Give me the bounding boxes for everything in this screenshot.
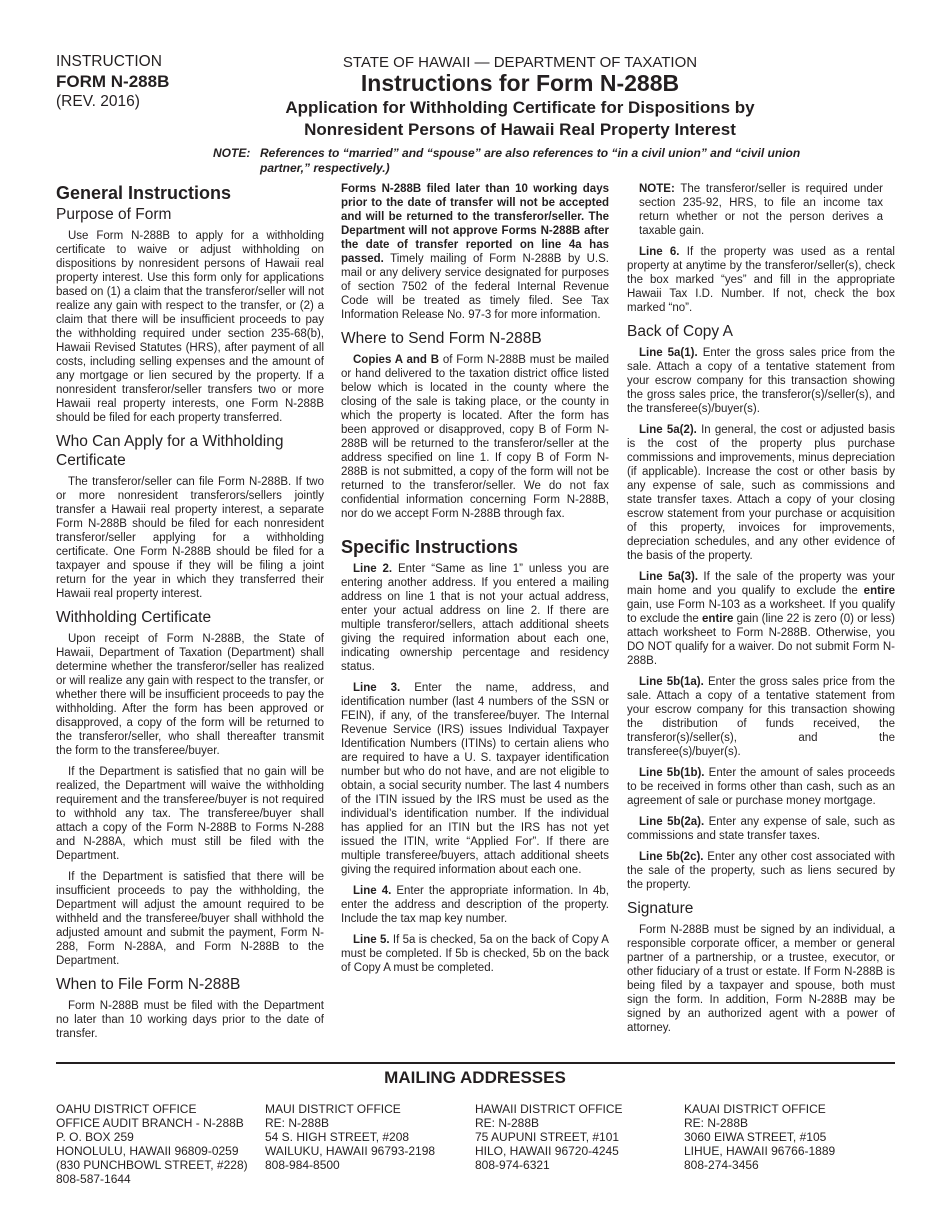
- subtitle-line-1: Application for Withholding Certificate …: [210, 97, 830, 119]
- line-label: Line 5b(2a).: [639, 816, 704, 828]
- line-label: Line 5a(2).: [639, 424, 697, 436]
- line-2-instruction: Line 2. Enter “Same as line 1” unless yo…: [341, 562, 609, 674]
- office-name: MAUI DISTRICT OFFICE: [265, 1102, 435, 1116]
- line-5b2a-instruction: Line 5b(2a). Enter any expense of sale, …: [627, 815, 895, 843]
- line-5-instruction: Line 5. If 5a is checked, 5a on the back…: [341, 933, 609, 975]
- when-to-file-text-start: Form N-288B must be filed with the Depar…: [56, 999, 324, 1041]
- withholding-certificate-heading: Withholding Certificate: [56, 608, 324, 627]
- maui-office-address: MAUI DISTRICT OFFICE RE: N-288B 54 S. HI…: [265, 1102, 435, 1172]
- note-text: References to “married” and “spouse” are…: [260, 146, 833, 176]
- line-label: Line 4.: [353, 885, 391, 897]
- note-label: NOTE:: [213, 146, 260, 176]
- where-to-send-heading: Where to Send Form N-288B: [341, 329, 609, 348]
- column-3: NOTE: The transferor/seller is required …: [627, 182, 895, 1042]
- line-6-instruction: Line 6. If the property was used as a re…: [627, 245, 895, 315]
- line-5b1b-instruction: Line 5b(1b). Enter the amount of sales p…: [627, 766, 895, 808]
- who-can-apply-text: The transferor/seller can file Form N-28…: [56, 475, 324, 601]
- purpose-text: Use Form N-288B to apply for a withholdi…: [56, 229, 324, 425]
- line-5a2-instruction: Line 5a(2). In general, the cost or adju…: [627, 423, 895, 563]
- phone-number: 808-587-1644: [56, 1172, 248, 1186]
- section-divider: [56, 1062, 895, 1064]
- line-5a3-instruction: Line 5a(3). If the sale of the property …: [627, 570, 895, 668]
- address-line: RE: N-288B: [475, 1116, 623, 1130]
- kauai-office-address: KAUAI DISTRICT OFFICE RE: N-288B 3060 EI…: [684, 1102, 835, 1172]
- line-label: Line 5b(2c).: [639, 851, 704, 863]
- line-label: Line 5a(1).: [639, 347, 698, 359]
- line-4-instruction: Line 4. Enter the appropriate informatio…: [341, 884, 609, 926]
- line-5b2c-instruction: Line 5b(2c). Enter any other cost associ…: [627, 850, 895, 892]
- column-2: Forms N-288B filed later than 10 working…: [341, 182, 609, 982]
- purpose-heading: Purpose of Form: [56, 205, 324, 224]
- phone-number: 808-274-3456: [684, 1158, 835, 1172]
- office-name: OAHU DISTRICT OFFICE: [56, 1102, 248, 1116]
- address-line: HONOLULU, HAWAII 96809-0259: [56, 1144, 248, 1158]
- subtitle-line-2: Nonresident Persons of Hawaii Real Prope…: [210, 119, 830, 141]
- form-number: FORM N-288B: [56, 72, 169, 92]
- page-header: STATE OF HAWAII — DEPARTMENT OF TAXATION…: [210, 54, 830, 141]
- address-line: HILO, HAWAII 96720-4245: [475, 1144, 623, 1158]
- form-identifier: INSTRUCTION FORM N-288B (REV. 2016): [56, 52, 169, 112]
- address-line: P. O. BOX 259: [56, 1130, 248, 1144]
- income-tax-note: NOTE: The transferor/seller is required …: [627, 182, 895, 238]
- withholding-certificate-p3: If the Department is satisfied that ther…: [56, 870, 324, 968]
- phone-number: 808-974-6321: [475, 1158, 623, 1172]
- hawaii-office-address: HAWAII DISTRICT OFFICE RE: N-288B 75 AUP…: [475, 1102, 623, 1172]
- specific-instructions-heading: Specific Instructions: [341, 536, 609, 558]
- address-line: 75 AUPUNI STREET, #101: [475, 1130, 623, 1144]
- civil-union-note: NOTE: References to “married” and “spous…: [213, 146, 833, 176]
- emphasis: entire: [864, 585, 895, 597]
- note-text: The transferor/seller is required under …: [639, 183, 883, 237]
- address-line: WAILUKU, HAWAII 96793-2198: [265, 1144, 435, 1158]
- when-to-file-continued: Forms N-288B filed later than 10 working…: [341, 182, 609, 322]
- copies-label: Copies A and B: [353, 354, 439, 366]
- general-instructions-heading: General Instructions: [56, 182, 324, 204]
- address-line: LIHUE, HAWAII 96766-1889: [684, 1144, 835, 1158]
- line-label: Line 5b(1b).: [639, 767, 705, 779]
- phone-number: 808-984-8500: [265, 1158, 435, 1172]
- oahu-office-address: OAHU DISTRICT OFFICE OFFICE AUDIT BRANCH…: [56, 1102, 248, 1186]
- withholding-certificate-p2: If the Department is satisfied that no g…: [56, 765, 324, 863]
- address-line: RE: N-288B: [684, 1116, 835, 1130]
- address-line: 54 S. HIGH STREET, #208: [265, 1130, 435, 1144]
- page-subtitle: Application for Withholding Certificate …: [210, 97, 830, 141]
- signature-heading: Signature: [627, 899, 895, 918]
- address-line: OFFICE AUDIT BRANCH - N-288B: [56, 1116, 248, 1130]
- page-title: Instructions for Form N-288B: [210, 72, 830, 95]
- signature-text: Form N-288B must be signed by an individ…: [627, 923, 895, 1035]
- emphasis: entire: [702, 613, 733, 625]
- line-text: Enter the gross sales price from the sal…: [627, 676, 895, 758]
- line-text: Enter the name, address, and identificat…: [341, 682, 609, 876]
- line-label: Line 5a(3).: [639, 571, 698, 583]
- address-line: 3060 EIWA STREET, #105: [684, 1130, 835, 1144]
- line-label: Line 3.: [353, 682, 400, 694]
- mailing-addresses-heading: MAILING ADDRESSES: [0, 1068, 950, 1088]
- line-text: In general, the cost or adjusted basis i…: [627, 424, 895, 562]
- line-label: Line 6.: [639, 246, 680, 258]
- line-5b1a-instruction: Line 5b(1a). Enter the gross sales price…: [627, 675, 895, 759]
- office-name: KAUAI DISTRICT OFFICE: [684, 1102, 835, 1116]
- line-5a1-instruction: Line 5a(1). Enter the gross sales price …: [627, 346, 895, 416]
- line-label: Line 5b(1a).: [639, 676, 704, 688]
- note-label: NOTE:: [639, 183, 675, 195]
- address-line: RE: N-288B: [265, 1116, 435, 1130]
- revision-label: (REV. 2016): [56, 92, 169, 112]
- address-line: (830 PUNCHBOWL STREET, #228): [56, 1158, 248, 1172]
- instruction-label: INSTRUCTION: [56, 52, 169, 72]
- when-to-file-heading: When to File Form N-288B: [56, 975, 324, 994]
- withholding-certificate-p1: Upon receipt of Form N-288B, the State o…: [56, 632, 324, 758]
- line-label: Line 2.: [353, 563, 392, 575]
- where-to-send-body: of Form N-288B must be mailed or hand de…: [341, 354, 609, 520]
- column-1: General Instructions Purpose of Form Use…: [56, 182, 324, 1048]
- who-can-apply-heading: Who Can Apply for a Withholding Certific…: [56, 432, 324, 470]
- line-label: Line 5.: [353, 934, 390, 946]
- line-3-instruction: Line 3. Enter the name, address, and ide…: [341, 681, 609, 877]
- where-to-send-text: Copies A and B of Form N-288B must be ma…: [341, 353, 609, 521]
- back-of-copy-a-heading: Back of Copy A: [627, 322, 895, 341]
- line-text: Enter “Same as line 1” unless you are en…: [341, 563, 609, 673]
- office-name: HAWAII DISTRICT OFFICE: [475, 1102, 623, 1116]
